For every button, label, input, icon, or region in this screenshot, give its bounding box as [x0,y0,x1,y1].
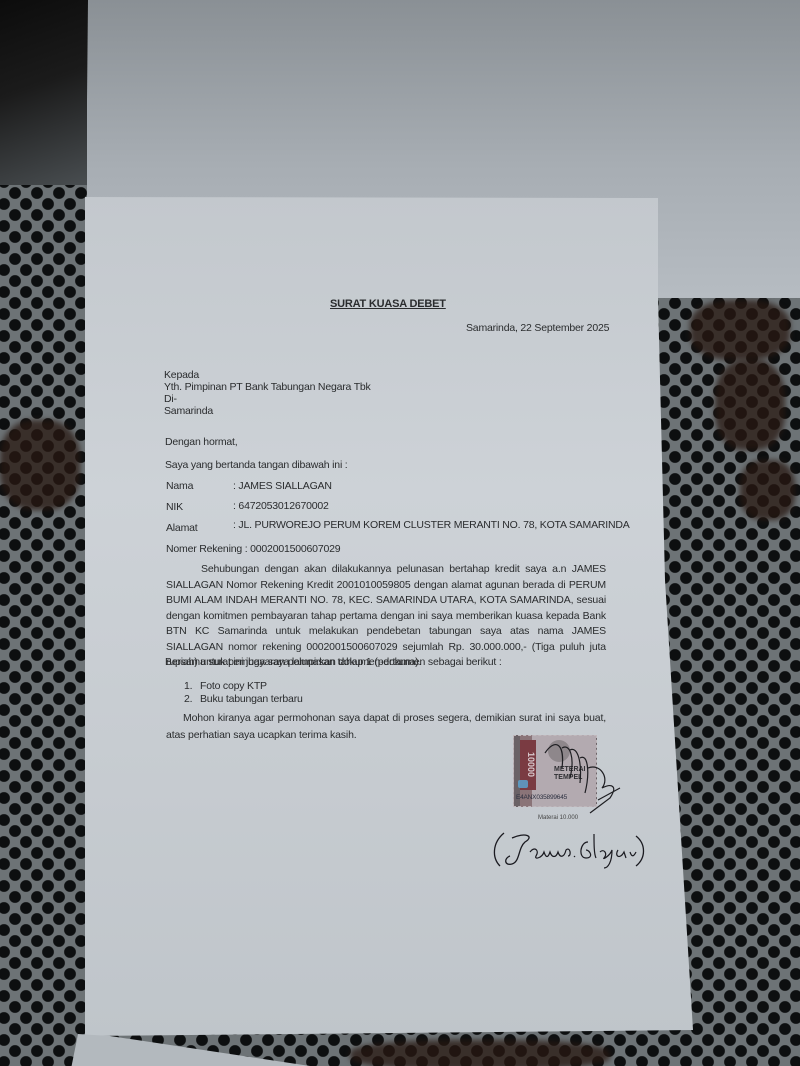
account-number-line: Nomer Rekening : 0002001500607029 [166,543,340,555]
stamp-caption: Materai 10.000 [538,815,578,821]
salutation: Dengan hormat, [165,436,238,448]
recipient-line: Kepada [164,369,199,381]
document-title: SURAT KUASA DEBET [330,298,446,310]
field-value-nik: : 6472053012670002 [233,500,329,512]
field-label-nik: NIK [166,501,183,513]
recipient-line: Di- [164,393,177,405]
stamp-signature-scribble [540,738,630,818]
place-date: Samarinda, 22 September 2025 [466,322,609,334]
letter-document: SURAT KUASA DEBET Samarinda, 22 Septembe… [0,0,800,1066]
recipient-line: Samarinda [164,405,213,417]
body-paragraph-text: Sehubungan dengan akan dilakukannya pelu… [166,563,606,668]
field-label-nama: Nama [166,480,193,492]
handwritten-signature [490,828,650,873]
attachments-intro: Bersama surat ini juga saya lampirkan do… [165,656,502,668]
field-label-alamat: Alamat [166,522,197,534]
body-paragraph: Sehubungan dengan akan dilakukannya pelu… [166,562,606,671]
field-value-nama: : JAMES SIALLAGAN [233,480,332,492]
attachment-number: 1. [184,680,192,692]
hologram-icon [518,780,528,788]
attachment-item: Buku tabungan terbaru [200,693,303,705]
field-value-alamat: : JL. PURWOREJO PERUM KOREM CLUSTER MERA… [233,519,630,531]
intro-text: Saya yang bertanda tangan dibawah ini : [165,459,348,471]
recipient-line: Yth. Pimpinan PT Bank Tabungan Negara Tb… [164,381,371,393]
attachment-number: 2. [184,693,192,705]
attachment-item: Foto copy KTP [200,680,267,692]
